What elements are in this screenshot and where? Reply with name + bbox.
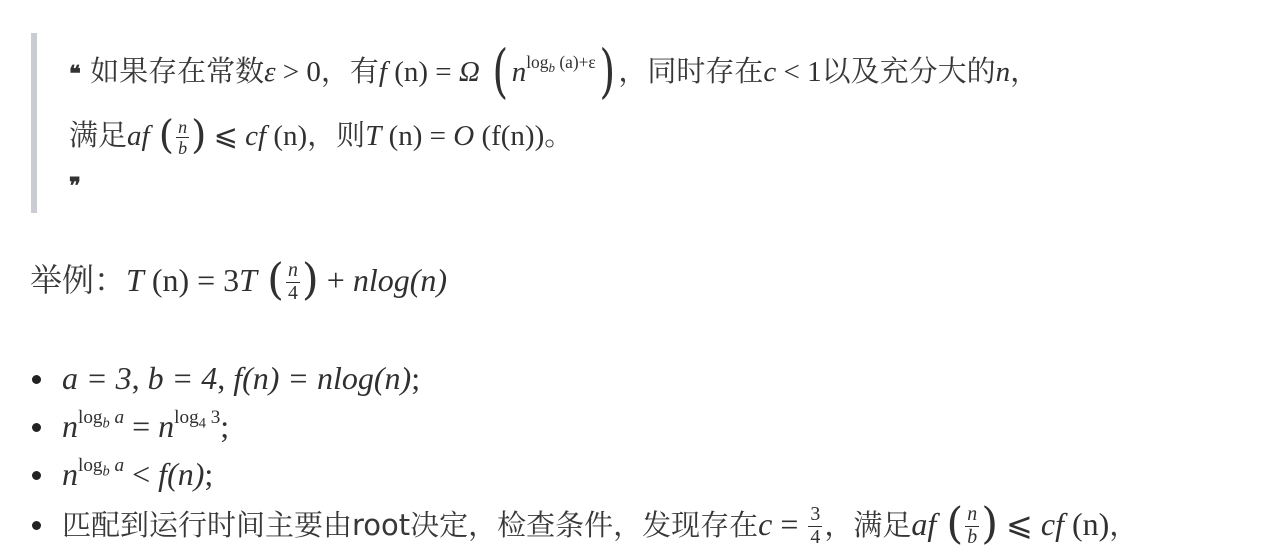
fraction: 34 [808, 505, 822, 548]
math: log [174, 407, 199, 428]
text: ，有 [321, 54, 379, 88]
text: 。 [544, 118, 573, 152]
text: 以及充分大的 [822, 54, 996, 88]
math: ⩽ [998, 506, 1041, 542]
math: 3 [206, 407, 220, 428]
denominator: 4 [286, 283, 300, 304]
left-paren: ( [159, 113, 174, 158]
math: < 1 [776, 56, 821, 88]
bullet-icon [32, 423, 41, 432]
math: ; [411, 360, 420, 396]
math: n [62, 408, 78, 444]
quote-line-1: ❝ 如果存在常数ε > 0，有f (n) = Ω (nlogb (a)+ε)，同… [69, 51, 1039, 94]
math: f(n) = nlog(n) [233, 360, 411, 396]
math: (n) = 3 [144, 262, 239, 298]
open-quote-icon: ❝ [69, 61, 81, 87]
math: c [763, 56, 776, 88]
math: f(n) [158, 456, 204, 492]
math: a [110, 407, 124, 428]
bullet-icon [32, 521, 41, 530]
math: log [526, 52, 548, 72]
denominator: 4 [808, 527, 822, 548]
math: = [124, 408, 158, 444]
text: 如果存在常数 [90, 54, 264, 88]
example-label: 举例： [30, 261, 126, 299]
math: 4 [199, 415, 206, 431]
math: a [110, 455, 124, 476]
math: nlog(n) [353, 262, 447, 298]
numerator: n [286, 261, 300, 283]
close-quote-icon: ❞ [69, 173, 81, 199]
math: cf [1041, 506, 1064, 542]
example-formula: 举例：T (n) = 3T (n4) + nlog(n) [30, 258, 447, 303]
math: ⩽ [206, 120, 245, 152]
quote-line-3: ❞ [69, 163, 81, 206]
math: c [758, 506, 772, 542]
math: cf [245, 120, 266, 152]
text: ，则 [307, 118, 365, 152]
math: log [78, 455, 103, 476]
math: a = 3 [62, 360, 132, 396]
numerator: n [965, 505, 979, 527]
math: log [78, 407, 103, 428]
bullet-icon [32, 471, 41, 480]
math: = [772, 506, 806, 542]
denominator: b [965, 527, 979, 548]
text: 匹配到运行时间主要由root决定，检查条件，发现存在 [62, 508, 758, 542]
math: T [126, 262, 144, 298]
blockquote: ❝ 如果存在常数ε > 0，有f (n) = Ω (nlogb (a)+ε)，同… [31, 33, 1277, 213]
fraction: nb [176, 118, 189, 157]
math: < [124, 456, 158, 492]
math: (a)+ε [555, 52, 596, 72]
math: (f(n)) [474, 120, 544, 152]
left-paren: ( [267, 255, 284, 305]
math: b [103, 463, 110, 479]
math: > 0 [276, 56, 321, 88]
math: af [911, 506, 936, 542]
math: T [365, 120, 381, 152]
math: ; [220, 408, 229, 444]
quote-line-2: 满足af (nb) ⩽ cf (n)，则T (n) = O (f(n))。 [69, 115, 573, 156]
text: ， [1010, 54, 1039, 88]
math: n [62, 456, 78, 492]
math: b [103, 415, 110, 431]
math: (n) = [387, 56, 459, 88]
math: b = 4 [148, 360, 218, 396]
right-paren: ) [191, 113, 206, 158]
math: ; [204, 456, 213, 492]
math: Ω [459, 56, 480, 88]
numerator: n [176, 118, 189, 138]
fraction: n4 [286, 261, 300, 304]
numerator: 3 [808, 505, 822, 527]
math: O [453, 120, 474, 152]
left-paren: ( [946, 499, 963, 549]
fraction: nb [965, 505, 979, 548]
math: n [158, 408, 174, 444]
denominator: b [176, 138, 189, 157]
math: f [379, 56, 387, 88]
text: ，满足 [824, 508, 911, 542]
right-paren: ) [599, 51, 615, 91]
math: (n) [266, 120, 307, 152]
math: (n) [1064, 506, 1109, 542]
math: af [127, 120, 150, 152]
math: n [512, 56, 527, 88]
right-paren: ) [302, 255, 319, 305]
text: ， [1109, 508, 1138, 542]
text: 满足 [69, 118, 127, 152]
text: ，同时存在 [618, 54, 763, 88]
math: T [239, 262, 257, 298]
right-paren: ) [981, 499, 998, 549]
math: (n) = [381, 120, 453, 152]
math: ε [264, 56, 275, 88]
left-paren: ( [492, 51, 508, 91]
math: + [319, 262, 353, 298]
bullet-icon [32, 375, 41, 384]
math: n [996, 56, 1011, 88]
